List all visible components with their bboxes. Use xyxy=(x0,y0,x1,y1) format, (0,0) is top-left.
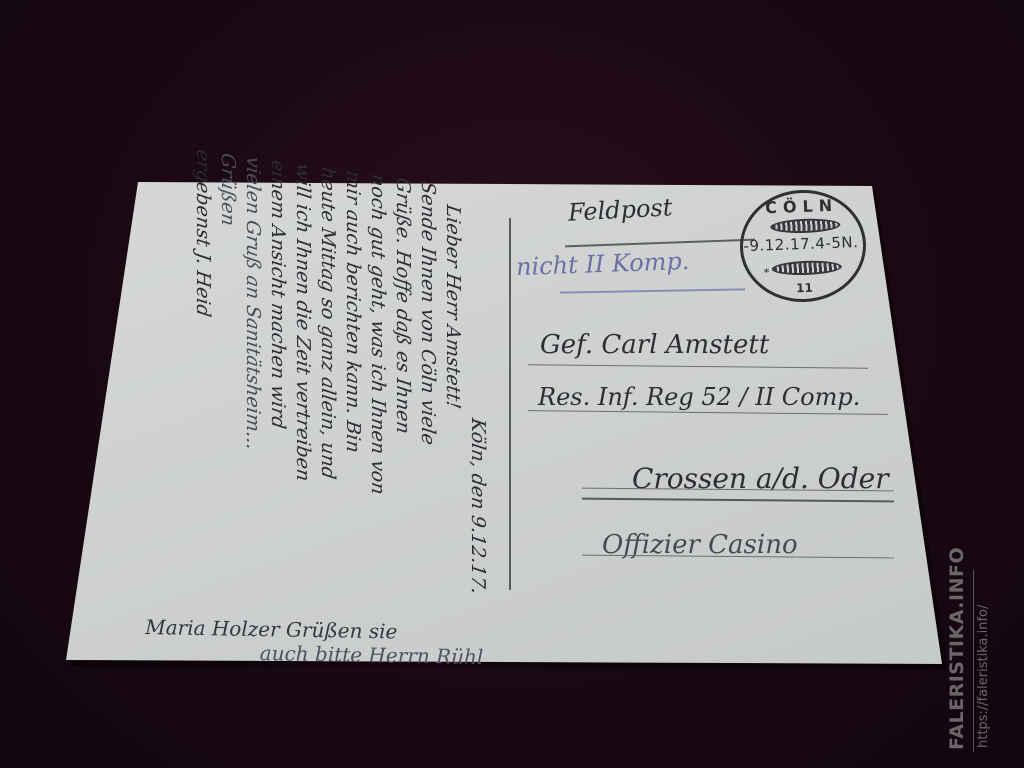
recipient-name: Gef. Carl Amstett xyxy=(540,330,769,360)
message-line: Sende Ihnen von Cöln viele xyxy=(415,179,440,638)
message-signature: ergebenst J. Heid xyxy=(190,148,215,607)
handwritten-message: Köln, den 9.12.17. Lieber Herr Amstett! … xyxy=(90,190,510,645)
postmark-star-icon: * xyxy=(764,266,770,279)
message-line: mir auch berichten kann. Bin xyxy=(340,169,365,628)
message-line: heute Mittag so ganz allein, und xyxy=(315,165,340,624)
message-line: einem Ansicht machen wird xyxy=(265,158,290,617)
message-line: noch gut geht, was ich Ihnen von xyxy=(365,172,390,631)
message-line: will ich Ihnen die Zeit vertreiben xyxy=(290,162,315,621)
recipient-unit: Res. Inf. Reg 52 / II Comp. xyxy=(538,383,860,411)
message-line: Grüße. Hoffe daß es Ihnen xyxy=(390,176,415,635)
message-greeting: Lieber Herr Amstett! xyxy=(440,183,465,642)
postmark-bar xyxy=(772,260,842,276)
postmark-stamp: CÖLN -9.12.17.4-5N. * 11 xyxy=(738,188,868,304)
postmark-date: -9.12.17.4-5N. xyxy=(739,233,864,255)
postmark-bar xyxy=(770,218,840,234)
watermark-url: https://faleristika.info/ xyxy=(976,605,991,748)
watermark-brand: FALERISTIKA.INFO xyxy=(946,547,968,750)
postmark-city: CÖLN xyxy=(741,195,862,218)
watermark-divider xyxy=(973,570,974,752)
message-line: vielen Gruß an Sanitätsheim... xyxy=(240,155,265,614)
feldpost-label: Feldpost xyxy=(567,193,673,226)
message-date: Köln, den 9.12.17. xyxy=(465,186,490,645)
watermark: FALERISTIKA.INFO https://faleristika.inf… xyxy=(946,560,1006,760)
message-footer: Maria Holzer Grüßen sie auch bitte Herrn… xyxy=(145,615,484,669)
message-line: Grüßen xyxy=(215,151,240,610)
photo-scene: Köln, den 9.12.17. Lieber Herr Amstett! … xyxy=(0,0,1024,768)
